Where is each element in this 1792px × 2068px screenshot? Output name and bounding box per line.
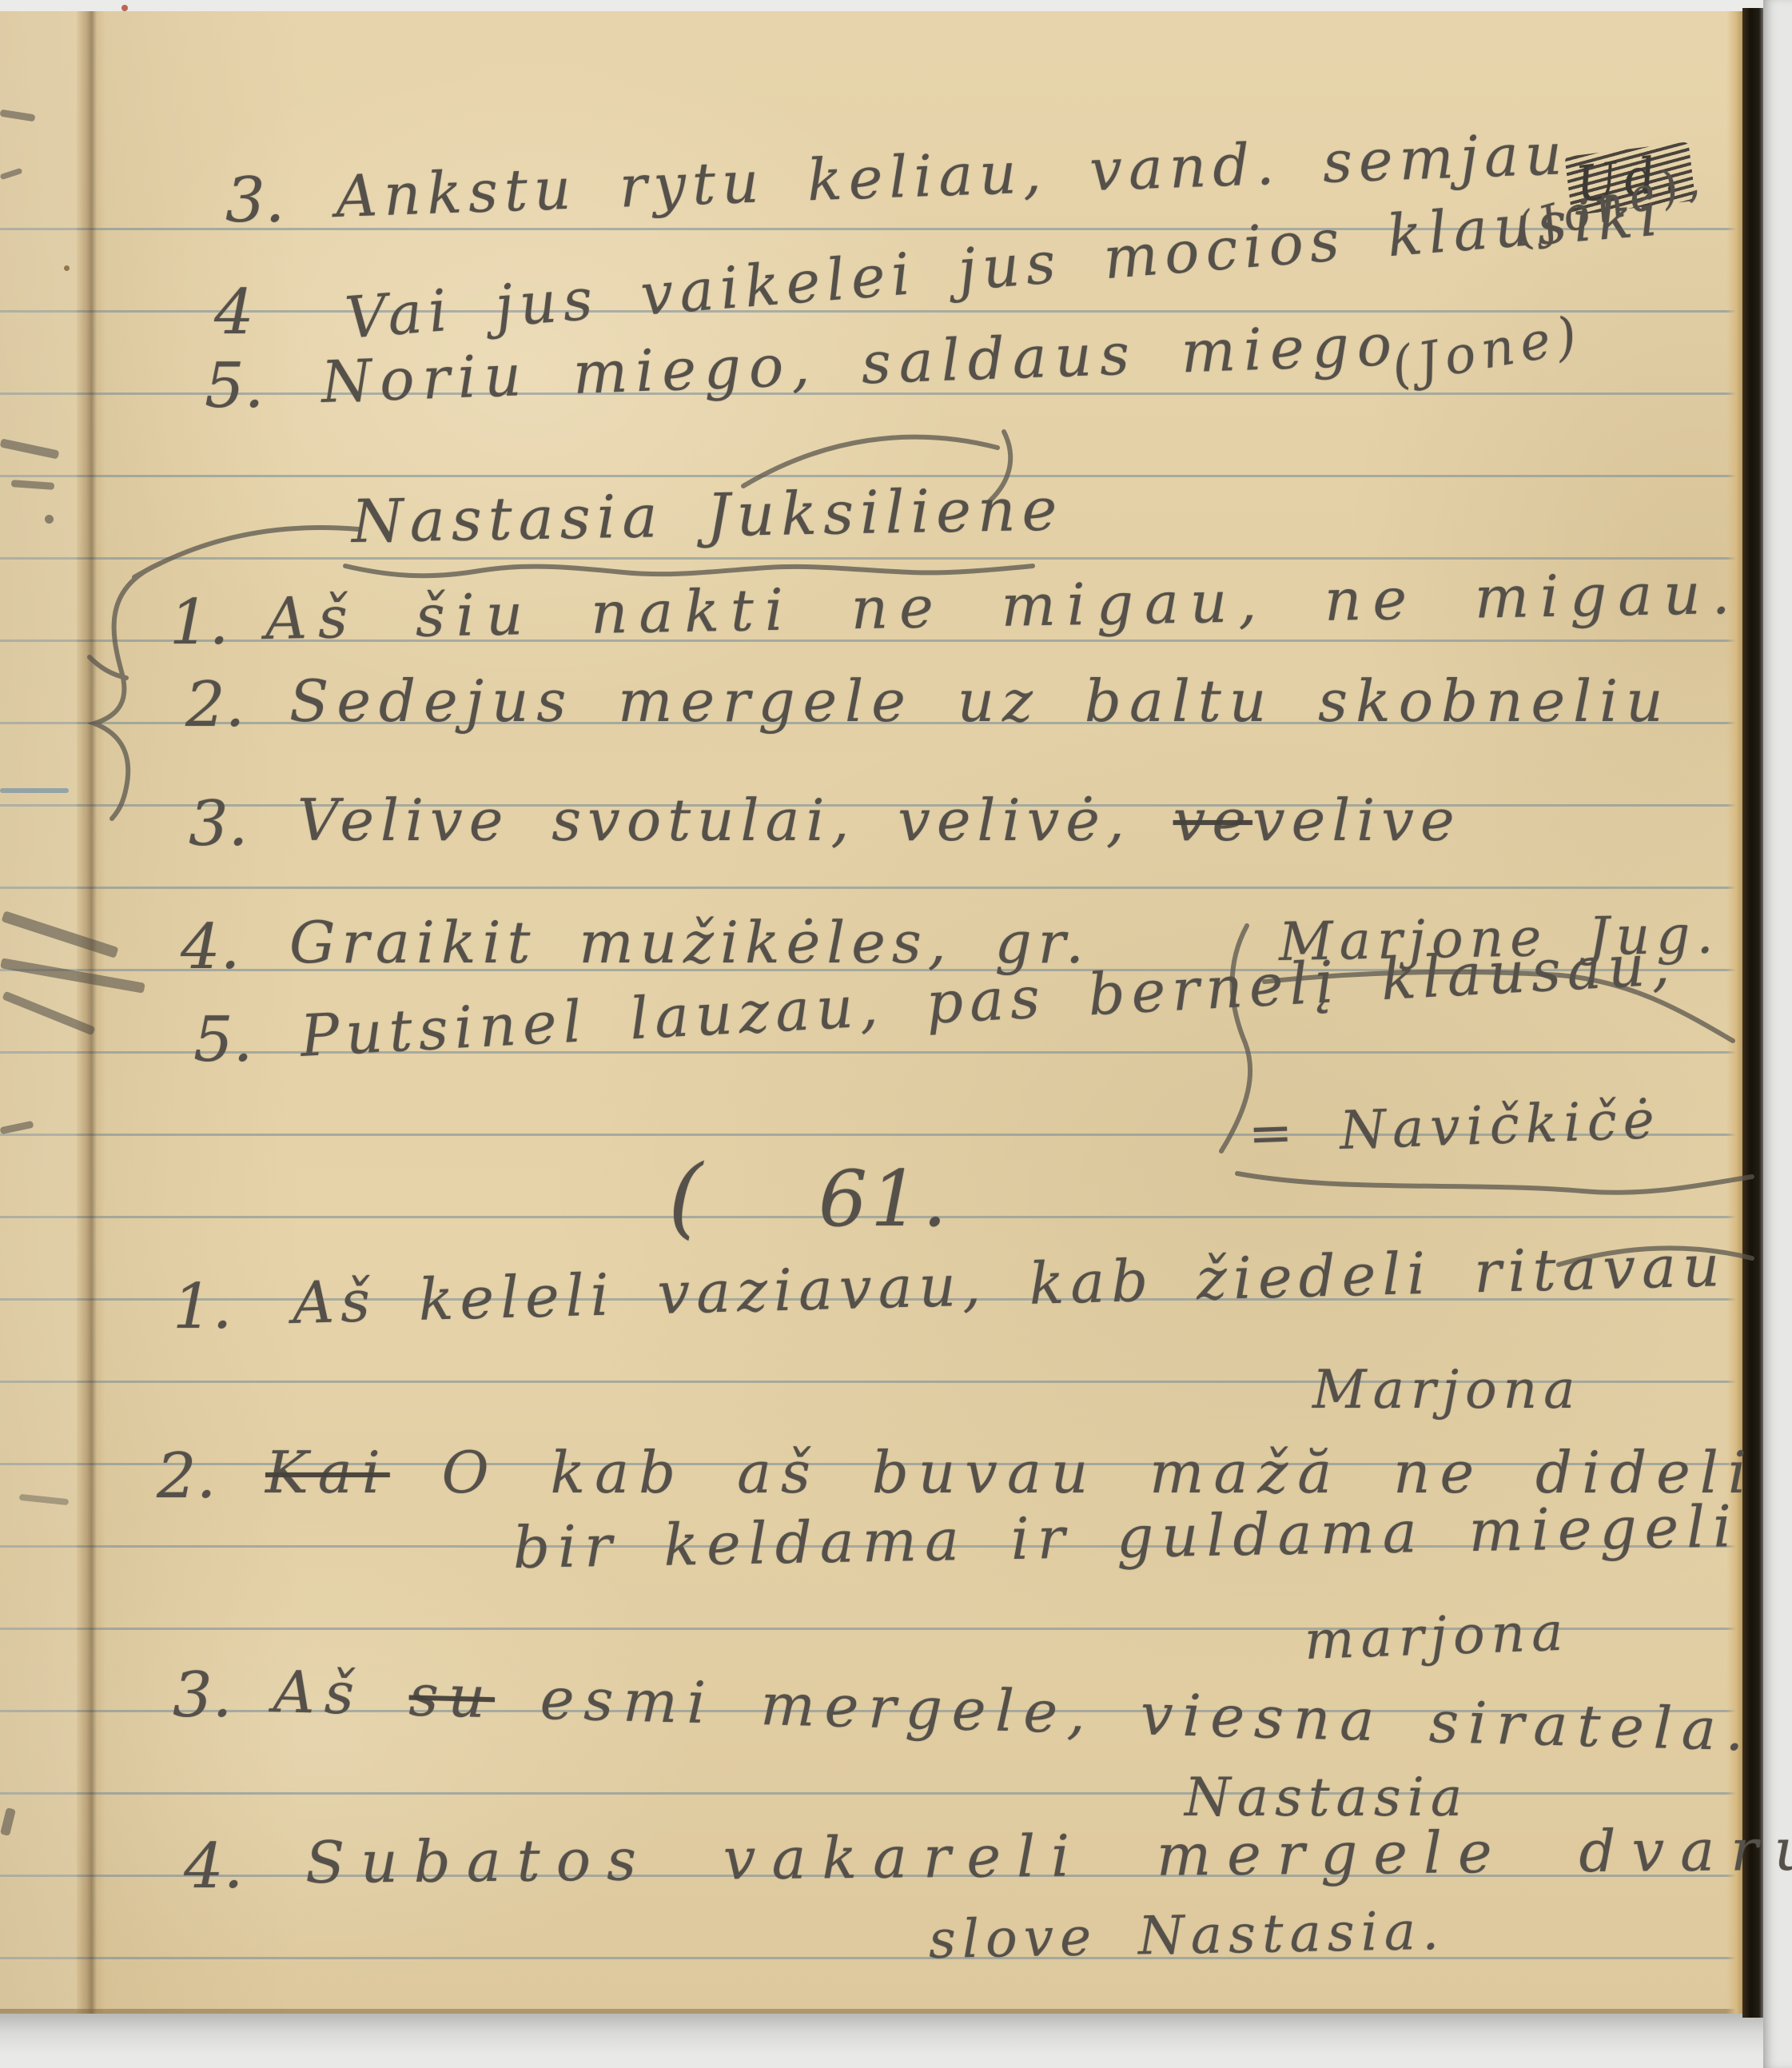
item-number: 4 — [214, 281, 254, 344]
item-number: 5. — [205, 355, 264, 417]
struck-text: su — [408, 1661, 496, 1731]
verse-number: 4. — [184, 1835, 243, 1898]
attribution-navickice: = Navičkičė — [1248, 1094, 1662, 1161]
item-number: 2. — [185, 674, 245, 736]
gutter-crease — [77, 11, 106, 2014]
verse-line: Subatos vakareli mergele dvaru — [305, 1820, 1792, 1891]
struck-text: Kai — [265, 1439, 390, 1506]
red-speck — [121, 5, 128, 11]
brown-speck — [64, 265, 70, 271]
song-number-paren: ( — [668, 1153, 703, 1241]
item-number: 5. — [193, 1009, 253, 1071]
line-text: Aš — [273, 1658, 410, 1728]
scanner-background-top — [0, 0, 1792, 11]
song-line: Velive svotulai, velivė, vevelive — [297, 791, 1461, 849]
verse-number: 3. — [173, 1664, 232, 1727]
attribution-marjona: marjona — [1304, 1605, 1571, 1668]
attribution-slove-nastasia: slove Nastasia. — [928, 1905, 1445, 1966]
verse-number: 1. — [173, 1276, 232, 1338]
section-heading: Nastasia Juksiliene — [351, 480, 1064, 552]
scanned-notebook-page: 3. Ankstu rytu keliau, vand. semjau Ud. … — [0, 0, 1792, 2068]
item-number: 3. — [225, 169, 285, 232]
attribution-nastasia: Nastasia — [1185, 1771, 1468, 1824]
song-line: Graikit mužikėles, gr. — [289, 914, 1090, 971]
struck-text: ve — [1173, 787, 1252, 854]
scanner-background-bottom — [0, 2014, 1763, 2068]
verse-number: 2. — [157, 1445, 216, 1508]
item-number: 3. — [189, 793, 248, 855]
song-line: Sedejus mergele uz baltu skobneliu — [289, 672, 1671, 730]
ink-speck — [45, 515, 54, 524]
verse-line: Kai O kab aš buvau mažă ne dideli — [265, 1444, 1756, 1501]
attribution-marjona: Marjona — [1312, 1364, 1582, 1417]
song-number: 61. — [818, 1161, 950, 1237]
item-number: 4. — [181, 916, 240, 978]
line-text: velive — [1252, 787, 1461, 854]
scanner-background-right — [1763, 0, 1792, 2068]
blue-mark — [0, 788, 69, 793]
line-text: Velive svotulai, velivė, — [297, 787, 1173, 854]
item-number: 1. — [169, 592, 229, 654]
